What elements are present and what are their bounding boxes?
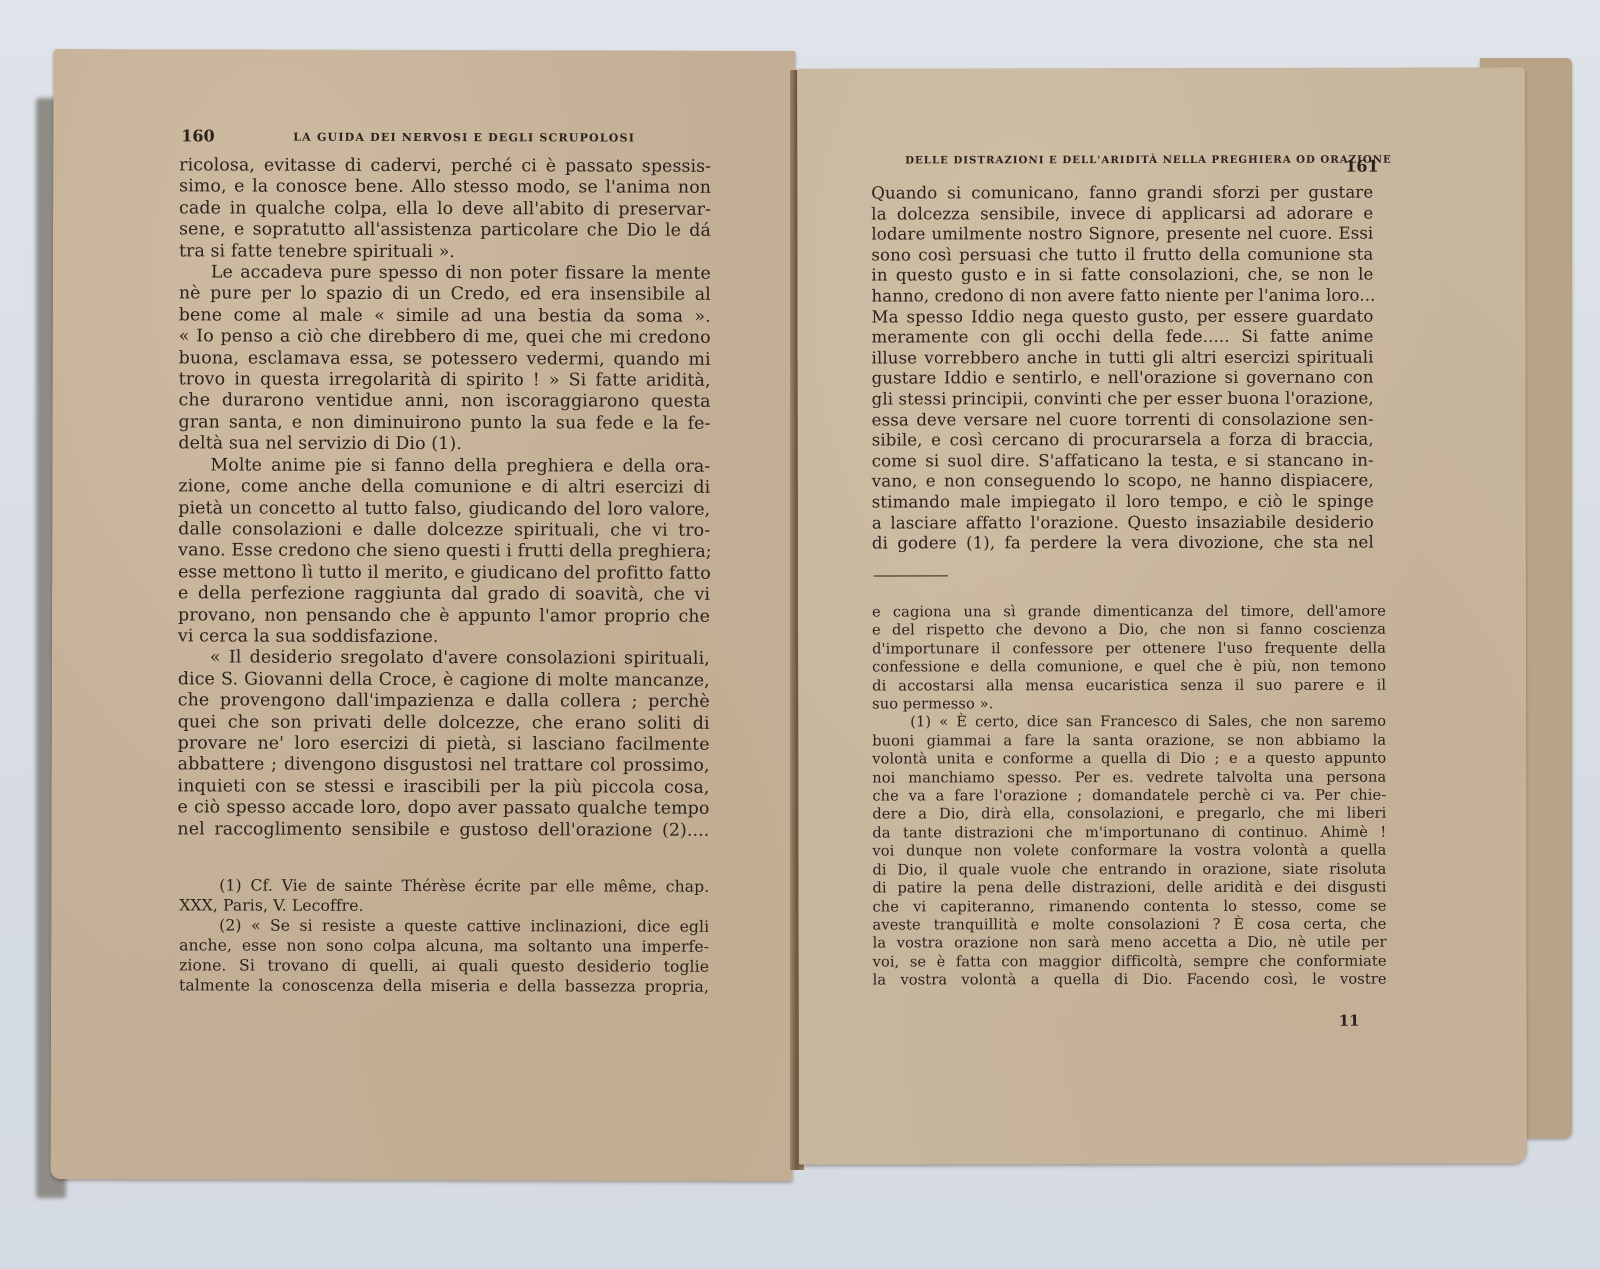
body-line: provano, non pensando che è appunto l'am… <box>178 605 710 628</box>
body-line: pietà un concetto al tutto falso, giudic… <box>178 498 710 521</box>
body-line: hanno, credono di non avere fatto niente… <box>871 286 1373 307</box>
body-line: e ciò spesso accade loro, dopo aver pass… <box>177 798 709 821</box>
footnote-line: volontà unita e conforme a quella di Dio… <box>872 750 1386 769</box>
body-line: Molte anime pie si fanno della preghiera… <box>178 455 710 478</box>
body-line: meramente con gli occhi della fede..... … <box>871 327 1373 348</box>
left-page: 160 LA GUIDA DEI NERVOSI E DEGLI SCRUPOL… <box>51 49 796 1181</box>
footnote-line: e del rispetto che devono a Dio, che non… <box>872 621 1386 640</box>
footnote-line: voi dunque non volete conformare la vost… <box>872 842 1386 861</box>
footnote-line: noi manchiamo spesso. Per es. vedrete ta… <box>872 768 1386 787</box>
footnote-line: XXX, Paris, V. Lecoffre. <box>179 895 709 916</box>
body-line: illuse vorrebbero anche in tutti gli alt… <box>872 347 1374 368</box>
body-line: cade in qualche colpa, ella lo deve all'… <box>179 198 711 221</box>
body-line: trovo in questa irregolarità di spirito … <box>179 369 711 392</box>
body-line: buona, esclamava essa, se potessero vede… <box>179 348 711 371</box>
footnote-line: la vostra orazione non sarà meno accetta… <box>873 934 1387 953</box>
footnote-line: (1) Cf. Vie de sainte Thérèse écrite par… <box>179 875 709 896</box>
footnote-line: di accostarsi alla mensa eucaristica sen… <box>872 676 1386 695</box>
body-line: deltà sua nel servizio di Dio (1). <box>178 434 710 457</box>
body-line: inquieti con se stessi e irascibili per … <box>178 776 710 799</box>
footnote-line: che vi capiteranno, rimanendo contenta l… <box>872 897 1386 916</box>
body-line: vano. Esse credono che sieno questi i fr… <box>178 541 710 564</box>
body-line: « Il desiderio sregolato d'avere consola… <box>178 648 710 671</box>
footnote-line: che va a fare l'orazione ; domandatele p… <box>872 787 1386 806</box>
right-running-head: DELLE DISTRAZIONI E DELL'ARIDITÀ NELLA P… <box>905 154 1392 167</box>
body-line: dalle consolazioni e dalle dolcezze spir… <box>178 519 710 542</box>
footnote-line: voi, se è fatta con maggior difficoltà, … <box>873 952 1387 971</box>
signature-mark: 11 <box>1339 1012 1360 1030</box>
body-line: dice S. Giovanni della Croce, è cagione … <box>178 669 710 692</box>
footnote-line: e cagiona una sì grande dimenticanza del… <box>872 603 1386 622</box>
body-line: gran santa, e non diminuirono punto la s… <box>178 412 710 435</box>
body-line: essa deve versare nel cuore torrenti di … <box>872 409 1374 430</box>
body-line: sibile, e così cercano di procurarsela a… <box>872 430 1374 451</box>
footnote-line: da tante distrazioni che m'importunano d… <box>872 823 1386 842</box>
body-line: come si suol dire. S'affaticano la testa… <box>872 450 1374 471</box>
footnote-line: aveste tranquillità e molte consolazioni… <box>873 916 1387 935</box>
footnote-line: (2) « Se si resiste a queste cattive inc… <box>179 915 709 936</box>
body-line: la dolcezza sensibile, invece di applica… <box>871 203 1373 224</box>
body-line: e della perfezione raggiunta dal grado d… <box>178 583 710 606</box>
body-line: sono così persuasi che tutto il frutto d… <box>871 244 1373 265</box>
body-line: vano, e non conseguendo lo scopo, ne han… <box>872 471 1374 492</box>
footnote-line: di Dio, il quale vuole che entrando in o… <box>872 860 1386 879</box>
body-line: sene, e sopratutto all'assistenza partic… <box>179 220 711 243</box>
body-line: « Io penso a ciò che direbbero di me, qu… <box>179 327 711 350</box>
footnote-line: zione. Si trovano di quelli, ai quali qu… <box>179 955 709 976</box>
body-line: Le accadeva pure spesso di non poter fis… <box>179 262 711 285</box>
footnote-line: confessione e della comunione, e quel ch… <box>872 658 1386 677</box>
body-line: vi cerca la sua soddisfazione. <box>178 626 710 649</box>
footnote-line: anche, esse non sono colpa alcuna, ma so… <box>179 935 709 956</box>
body-line: abbattere ; divengono disgustosi nel tra… <box>178 755 710 778</box>
body-line: esse mettono lì tutto il merito, e giudi… <box>178 562 710 585</box>
footnote-line: talmente la conoscenza della miseria e d… <box>179 975 709 996</box>
right-body-text: Quando si comunicano, fanno grandi sforz… <box>871 183 1374 555</box>
body-line: che durarono ventidue anni, non iscoragg… <box>179 391 711 414</box>
left-body-text: ricolosa, evitasse di cadervi, perché ci… <box>177 155 711 841</box>
footnote-line: di patire la pena delle distrazioni, del… <box>872 879 1386 898</box>
body-line: lodare umilmente nostro Signore, present… <box>871 224 1373 245</box>
body-line: nè pure per lo spazio di un Credo, ed er… <box>179 284 711 307</box>
body-line: ricolosa, evitasse di cadervi, perché ci… <box>179 155 711 178</box>
body-line: zione, come anche della comunione e di a… <box>178 476 710 499</box>
left-page-number: 160 <box>181 126 214 145</box>
footnote-line: dere a Dio, dirà ella, consolazioni, e p… <box>872 805 1386 824</box>
footnote-line: la vostra volontà a quella di Dio. Facen… <box>873 971 1387 990</box>
body-line: simo, e la conosce bene. Allo stesso mod… <box>179 177 711 200</box>
body-line: in questo gusto e in si fatte consolazio… <box>871 265 1373 286</box>
footnote-line: buoni giammai a fare la santa orazione, … <box>872 731 1386 750</box>
body-line: nel raccoglimento sensibile e gustoso de… <box>177 819 709 842</box>
body-line: di godere (1), fa perdere la vera divozi… <box>872 533 1374 554</box>
left-footnotes: (1) Cf. Vie de sainte Thérèse écrite par… <box>179 875 709 996</box>
body-line: gustare Iddio e sentirlo, e nell'orazion… <box>872 368 1374 389</box>
body-line: quei che son privati delle dolcezze, che… <box>178 712 710 735</box>
footnote-line: suo permesso ». <box>872 695 1386 714</box>
footnote-line: d'importunare il confessore per ottenere… <box>872 639 1386 658</box>
body-line: a lasciare affatto l'orazione. Questo in… <box>872 512 1374 533</box>
body-line: stimando male impiegato il loro tempo, e… <box>872 492 1374 513</box>
footnote-line: (1) « È certo, dice san Francesco di Sal… <box>872 713 1386 732</box>
right-footnotes: e cagiona una sì grande dimenticanza del… <box>872 603 1387 990</box>
body-line: che provengono dall'impazienza e dalla c… <box>178 691 710 714</box>
right-page-number: 161 <box>1345 157 1378 176</box>
body-line: provare ne' loro esercizi di pietà, si l… <box>178 733 710 756</box>
body-line: bene come al male « simile ad una bestia… <box>179 305 711 328</box>
body-line: Quando si comunicano, fanno grandi sforz… <box>871 183 1373 204</box>
body-line: gli stessi principii, convinti che per e… <box>872 389 1374 410</box>
footnote-rule <box>874 575 948 576</box>
body-line: tra si fatte tenebre spirituali ». <box>179 241 711 264</box>
body-line: Ma spesso Iddio nega questo gusto, per e… <box>871 306 1373 327</box>
right-page: DELLE DISTRAZIONI E DELL'ARIDITÀ NELLA P… <box>797 67 1527 1164</box>
left-running-head: LA GUIDA DEI NERVOSI E DEGLI SCRUPOLOSI <box>293 131 635 145</box>
